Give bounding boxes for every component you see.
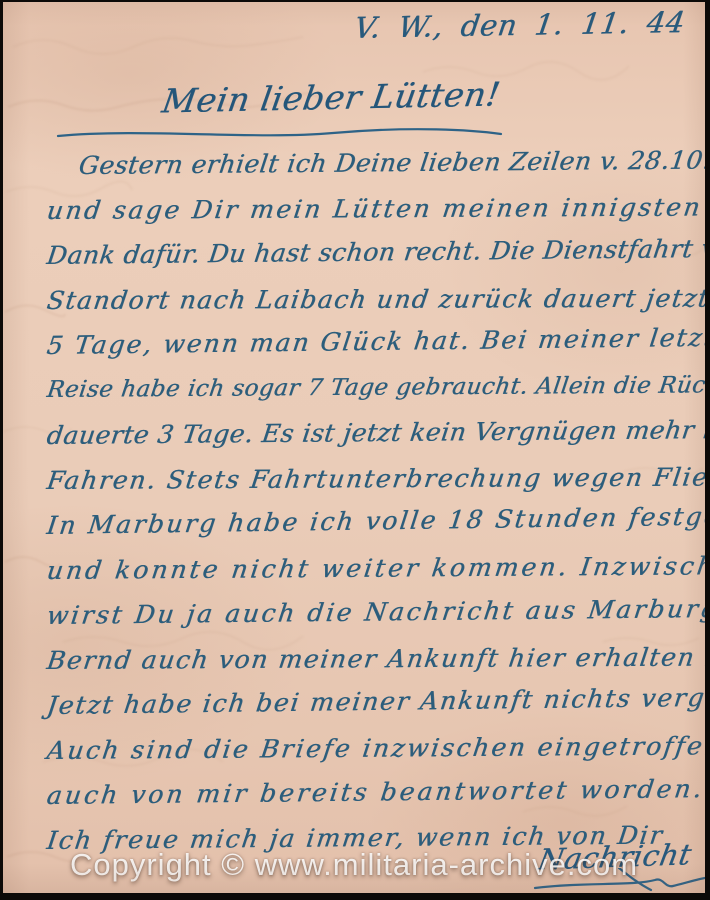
handwriting-line: 5 Tage, wenn man Glück hat. Bei meiner l… [44, 315, 705, 368]
handwriting-line: Dank dafür. Du hast schon recht. Die Die… [44, 226, 705, 278]
letter-salutation: Mein lieber Lütten! [159, 74, 503, 120]
handwriting-line: Reise habe ich sogar 7 Tage gebraucht. A… [44, 363, 705, 413]
handwriting-line: Gestern erhielt ich Deine lieben Zeilen … [76, 138, 705, 188]
handwriting-line: Auch sind die Briefe inzwischen eingetro… [44, 723, 705, 773]
handwriting-line: auch von mir bereits beantwortet worden. [44, 766, 705, 818]
letter-page: V. W., den 1. 11. 44 Mein lieber Lütten!… [3, 2, 705, 893]
handwriting-line: Jetzt habe ich bei meiner Ankunft nichts… [44, 675, 705, 728]
letter-body: Gestern erhielt ich Deine lieben Zeilen … [47, 143, 705, 863]
handwriting-line: und sage Dir mein Lütten meinen innigste… [44, 185, 705, 233]
letter-dateline: V. W., den 1. 11. 44 [352, 5, 687, 45]
scanned-letter-photo: { "letter": { "dateline": "V. W., den 1.… [0, 0, 710, 900]
handwriting-line: wirst Du ja auch die Nachricht aus Marbu… [44, 586, 705, 638]
watermark-text: Copyright © www.militaria-archive.com [3, 847, 705, 883]
handwriting-line: und konnte nicht weiter kommen. Inzwisch… [44, 543, 705, 593]
handwriting-line: dauerte 3 Tage. Es ist jetzt kein Vergnü… [44, 407, 705, 458]
handwriting-line: In Marburg habe ich volle 18 Stunden fes… [44, 494, 705, 548]
